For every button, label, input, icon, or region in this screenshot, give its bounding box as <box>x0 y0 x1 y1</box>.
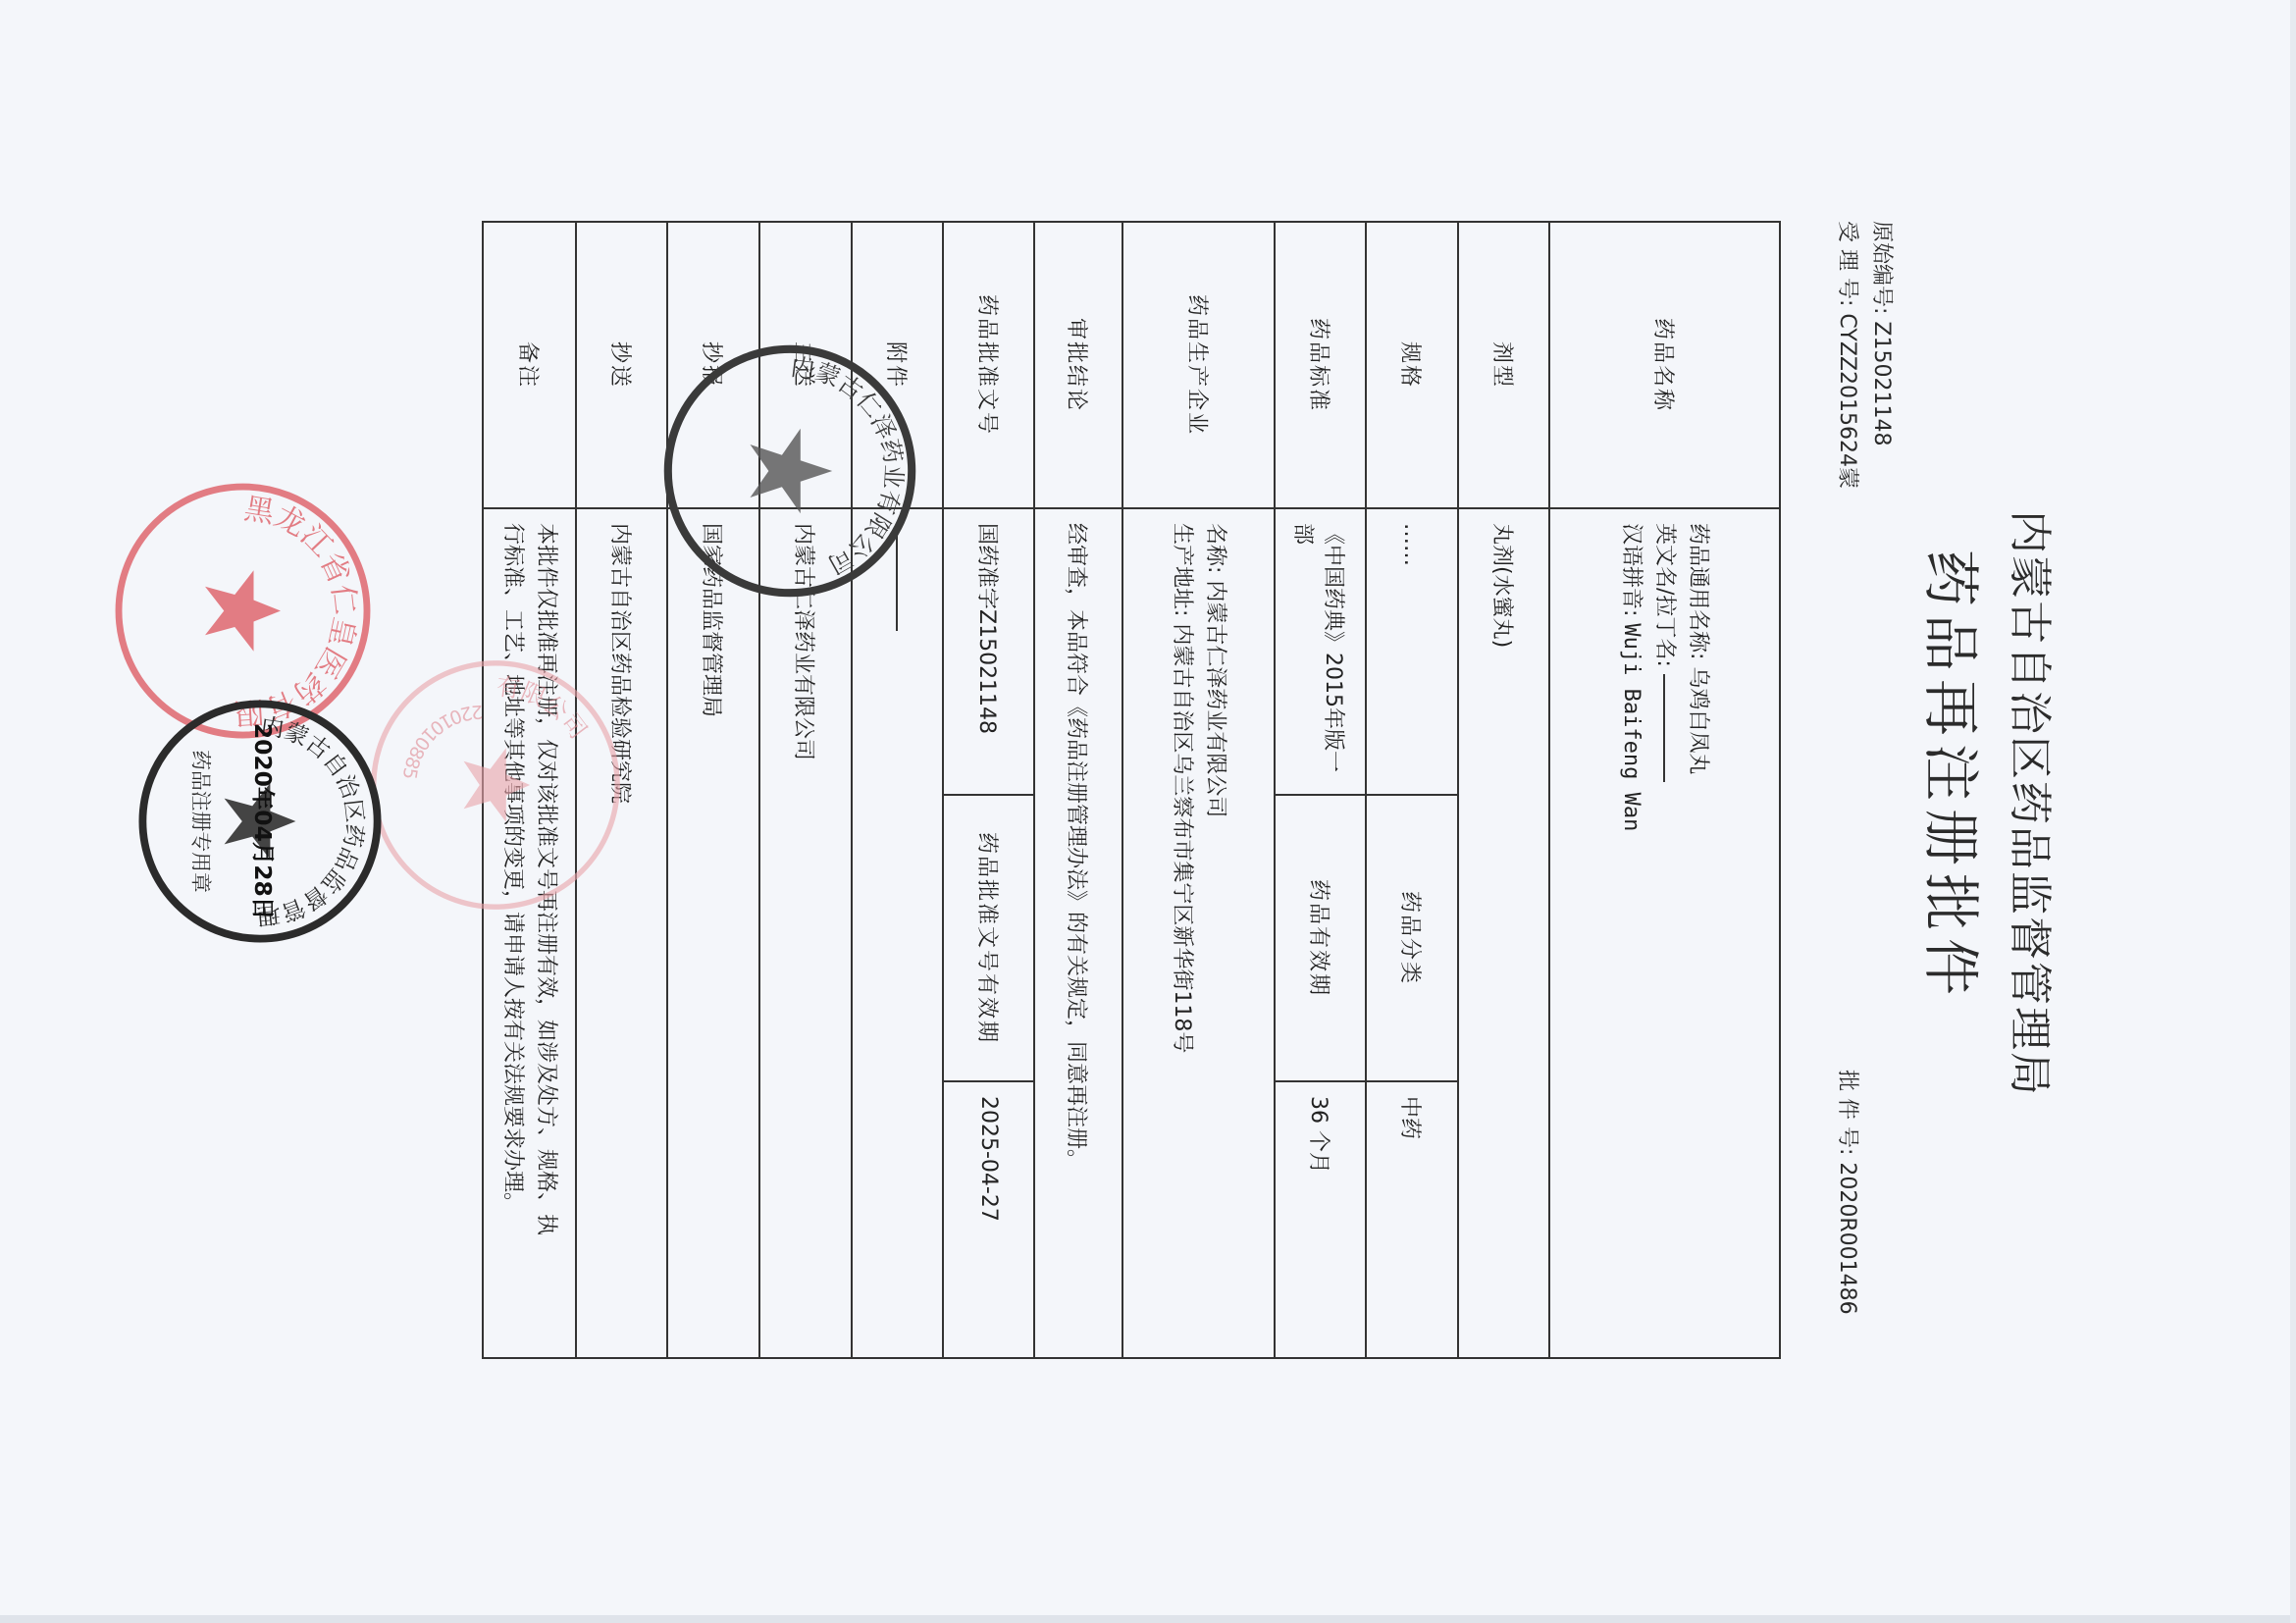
issuer-heading: 内蒙古自治区药品监督管理局 <box>2003 510 2065 1097</box>
value-drug-name: 药品通用名称: 乌鸡白凤丸 英文名/拉丁名: 汉语拼音: Wuji Baifen… <box>1549 508 1780 1358</box>
acceptance-number: 受 理 号: CYZZ2015624蒙 <box>1834 221 1864 489</box>
svg-text:2020年04月28日: 2020年04月28日 <box>249 723 277 919</box>
approval-document: 内蒙古自治区药品监督管理局 药品再注册批件 原始编号: Z15021148 受 … <box>0 0 2296 1623</box>
row-standard: 药品标准 《中国药典》2015年版一部 药品有效期 36 个月 <box>1275 222 1366 1358</box>
document-title: 药品再注册批件 <box>1914 550 1997 1003</box>
original-number: 原始编号: Z15021148 <box>1868 221 1899 445</box>
label-drug-name: 药品名称 <box>1549 222 1780 508</box>
generic-name: 乌鸡白凤丸 <box>1687 666 1711 774</box>
specification-value: …… <box>1366 508 1458 795</box>
svg-text:有限公司: 有限公司 <box>495 672 593 745</box>
red-faint-seal: 有限公司 2201010885 <box>363 653 628 917</box>
pinyin-name: Wuji Baifeng Wan <box>1620 623 1644 831</box>
row-manufacturer: 药品生产企业 名称: 内蒙古仁泽药业有限公司 生产地址: 内蒙古自治区乌兰察布市… <box>1122 222 1275 1358</box>
row-specification: 规格 …… 药品分类 中药 <box>1366 222 1458 1358</box>
category-value: 中药 <box>1366 1081 1458 1358</box>
row-conclusion: 审批结论 经审查，本品符合《药品注册管理办法》的有关规定，同意再注册。 <box>1034 222 1122 1358</box>
conclusion-value: 经审查，本品符合《药品注册管理办法》的有关规定，同意再注册。 <box>1034 508 1122 1358</box>
standard-value: 《中国药典》2015年版一部 <box>1275 508 1366 795</box>
svg-text:药品注册专用章: 药品注册专用章 <box>188 750 212 893</box>
manufacturer-seal: 内蒙古仁泽药业有限公司 <box>657 339 922 603</box>
approval-expiry-value: 2025-04-27 <box>943 1081 1034 1358</box>
row-dosage-form: 剂型 丸剂(水蜜丸) <box>1458 222 1549 1358</box>
validity-value: 36 个月 <box>1275 1081 1366 1358</box>
row-drug-name: 药品名称 药品通用名称: 乌鸡白凤丸 英文名/拉丁名: 汉语拼音: Wuji B… <box>1549 222 1780 1358</box>
manufacturer-address: 内蒙古自治区乌兰察布市集宁区新华街118号 <box>1171 623 1195 1053</box>
official-approval-seal: 内蒙古自治区药品监督管理局 药品注册专用章 2020年04月28日 <box>132 694 388 949</box>
approval-number: 批 件 号: 2020R001486 <box>1834 1070 1864 1315</box>
manufacturer-name: 内蒙古仁泽药业有限公司 <box>1204 580 1228 817</box>
approval-number-value: 国药准字Z15021148 <box>943 508 1034 795</box>
dosage-form-value: 丸剂(水蜜丸) <box>1458 508 1549 1358</box>
row-approval-number: 药品批准文号 国药准字Z15021148 药品批准文号有效期 2025-04-2… <box>943 222 1034 1358</box>
empty-dash <box>1664 674 1666 782</box>
